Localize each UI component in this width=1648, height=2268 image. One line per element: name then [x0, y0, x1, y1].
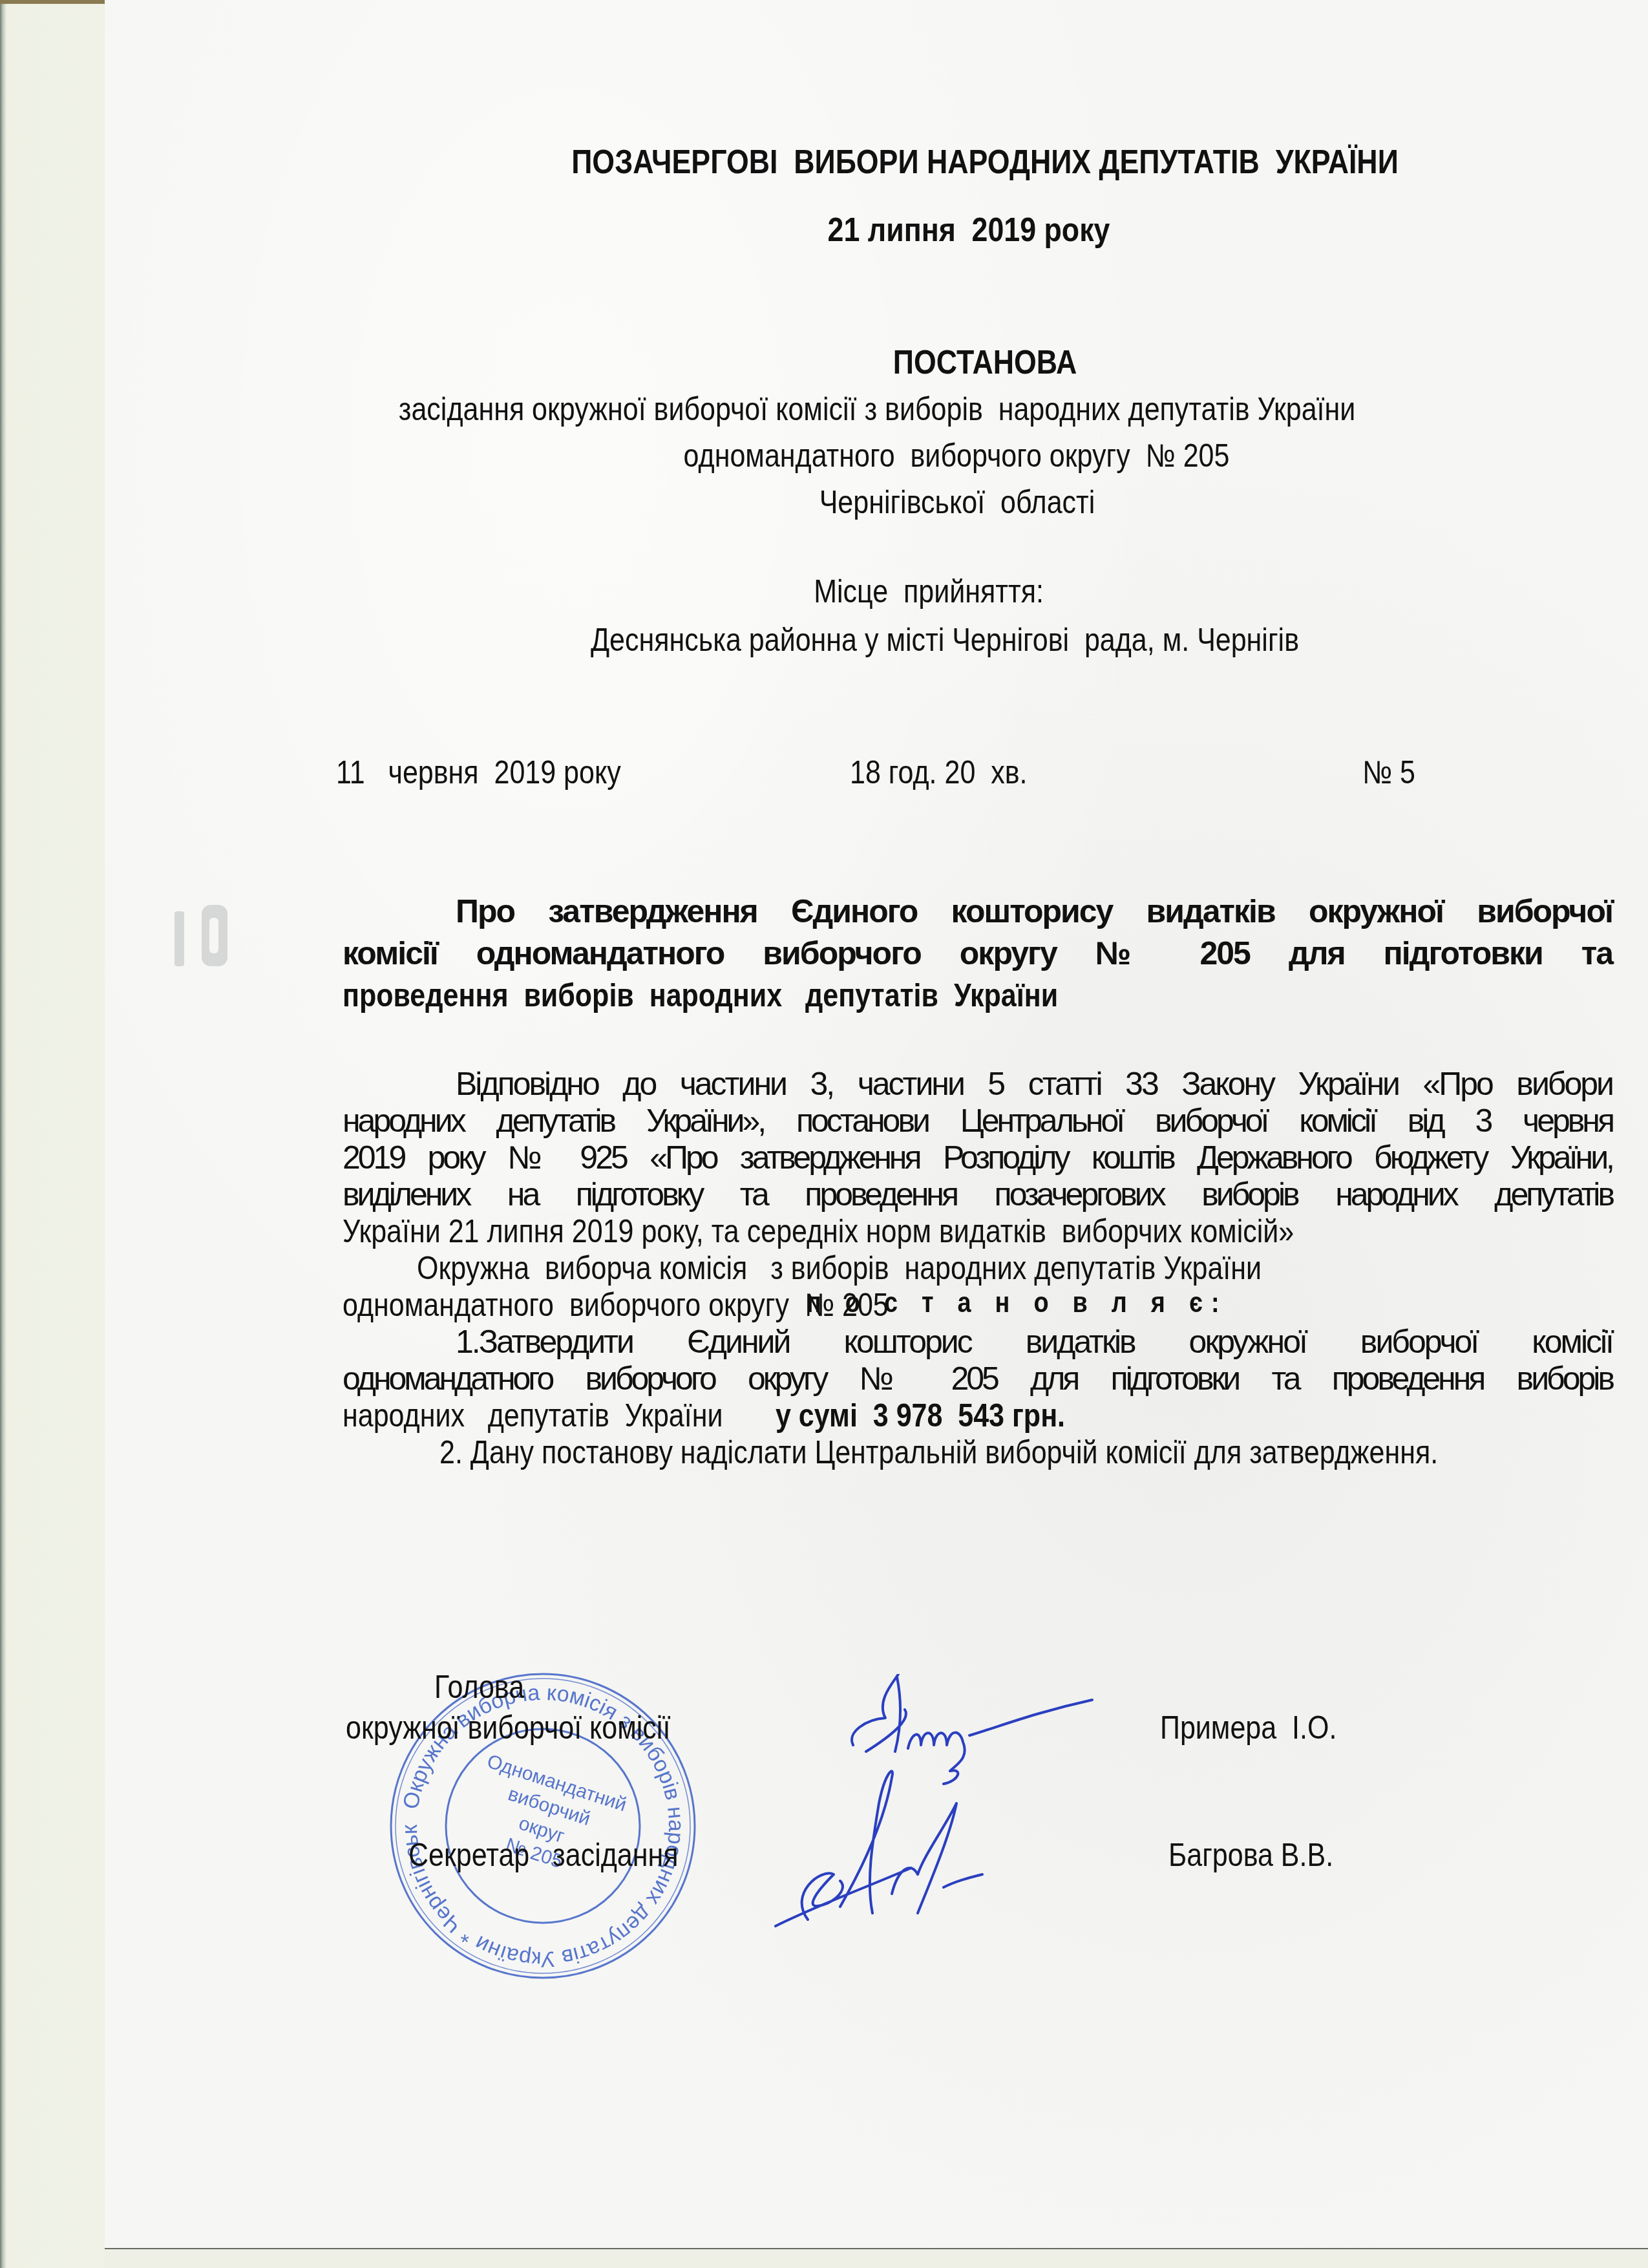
- resolution-date: 11 червня 2019 року: [336, 756, 621, 789]
- secretary-signature-icon: [763, 1765, 1008, 1933]
- chair-name: Примера І.О.: [1160, 1712, 1336, 1744]
- place-label: Місце прийняття:: [814, 575, 1044, 608]
- scanner-bed-strip: [0, 0, 110, 2268]
- resolves-keyword: п о с т а н о в л я є:: [807, 1289, 1228, 1317]
- body-line-4: виділених на підготовку та проведення по…: [343, 1178, 1612, 1211]
- resolution-heading: ПОСТАНОВА: [893, 346, 1077, 379]
- approved-amount: у сумі 3 978 543 грн.: [776, 1399, 1065, 1432]
- body-line-13: 2. Дану постанову надіслати Центральній …: [439, 1436, 1438, 1468]
- resolution-time: 18 год. 20 хв.: [850, 756, 1027, 789]
- body-line-11: народних депутатів України: [343, 1399, 723, 1432]
- election-title: ПОЗАЧЕРГОВІ ВИБОРИ НАРОДНИХ ДЕПУТАТІВ УК…: [571, 145, 1399, 179]
- chair-title-line-2: окружної виборчої комісії: [346, 1712, 670, 1744]
- resolution-subtitle-line-2: одномандатного виборчого округу № 205: [684, 440, 1230, 472]
- resolution-subtitle-line-3: Чернігівської області: [819, 486, 1095, 518]
- scanner-top-edge: [0, 0, 110, 4]
- subject-line-1: Про затвердження Єдиного кошторису видат…: [343, 895, 1612, 927]
- body-line-5: України 21 липня 2019 року, та середніх …: [343, 1215, 1294, 1247]
- chair-title-line-1: Голова: [434, 1671, 524, 1703]
- place-value: Деснянська районна у місті Чернігові рад…: [591, 624, 1299, 656]
- secretary-name: Багрова В.В.: [1168, 1839, 1333, 1871]
- resolution-subtitle-line-1: засідання окружної виборчої комісії з ви…: [399, 393, 1356, 425]
- body-line-2: народних депутатів України», постанови Ц…: [343, 1105, 1612, 1137]
- body-line-3: 2019 року № 925 «Про затвердження Розпод…: [343, 1141, 1612, 1174]
- scanner-bottom-strip: [105, 2249, 1648, 2268]
- resolution-number: № 5: [1362, 756, 1415, 789]
- body-line-10: одномандатного виборчого округу № 205 дл…: [343, 1362, 1612, 1395]
- body-line-9: 1.Затвердити Єдиний кошторис видатків ок…: [343, 1326, 1612, 1358]
- subject-line-3: проведення виборів народних депутатів Ук…: [343, 979, 1058, 1012]
- secretary-title: Секретар засідання: [408, 1839, 679, 1871]
- election-date: 21 липня 2019 року: [828, 213, 1110, 247]
- subject-line-2: комісії одномандатного виборчого округу …: [343, 937, 1612, 970]
- body-line-6: Окружна виборча комісія з виборів народн…: [417, 1252, 1262, 1284]
- ghost-mark-icon: [169, 902, 231, 970]
- body-line-1: Відповідно до частини 3, частини 5 статт…: [343, 1068, 1612, 1100]
